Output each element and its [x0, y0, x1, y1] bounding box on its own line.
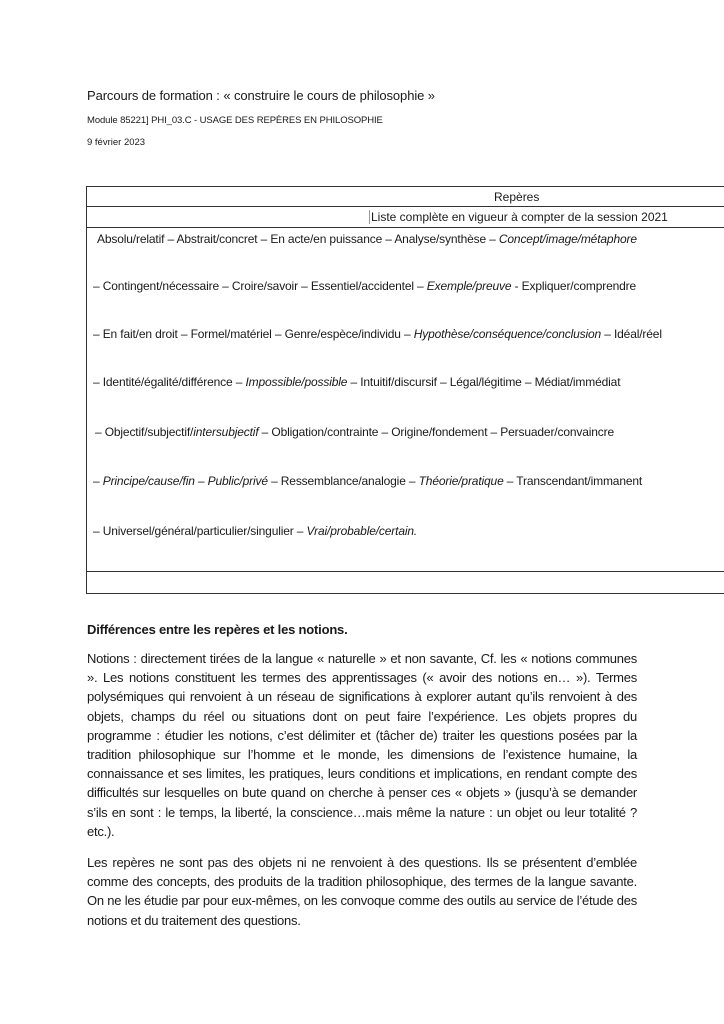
- reperes-line: – Universel/général/particulier/singulie…: [93, 524, 417, 538]
- reperes-term-italic: Principe/cause/fin: [103, 474, 195, 488]
- reperes-term-italic: Exemple/preuve: [427, 279, 512, 293]
- reperes-term: – Idéal/réel: [601, 327, 662, 341]
- reperes-line: – Objectif/subjectif/intersubjectif – Ob…: [95, 425, 614, 439]
- reperes-term: – Universel/général/particulier/singulie…: [93, 524, 307, 538]
- reperes-term-italic: Public/privé: [208, 474, 268, 488]
- reperes-term-italic: Hypothèse/conséquence/conclusion: [414, 327, 601, 341]
- reperes-term: – Identité/égalité/différence –: [93, 375, 245, 389]
- table-subtitle: Liste complète en vigueur à compter de l…: [369, 210, 668, 224]
- reperes-term-italic: Concept/image/métaphore: [499, 232, 637, 246]
- reperes-term: - Expliquer/comprendre: [511, 279, 636, 293]
- reperes-term: Absolu/relatif – Abstrait/concret – En a…: [97, 232, 499, 246]
- module-label: Module 85221] PHI_03.C - USAGE DES REPÈR…: [87, 115, 383, 126]
- reperes-table: Repères Liste complète en vigueur à comp…: [86, 186, 724, 594]
- course-title: Parcours de formation : « construire le …: [87, 88, 435, 103]
- table-subtitle-row: Liste complète en vigueur à compter de l…: [87, 207, 724, 228]
- reperes-term: – Transcendant/immanent: [504, 474, 642, 488]
- reperes-line: – Principe/cause/fin – Public/privé – Re…: [93, 474, 642, 488]
- table-body-row: Absolu/relatif – Abstrait/concret – En a…: [87, 228, 724, 572]
- document-date: 9 février 2023: [87, 137, 145, 148]
- reperes-term: – Obligation/contrainte – Origine/fondem…: [259, 425, 615, 439]
- reperes-term-italic: Théorie/pratique: [419, 474, 504, 488]
- reperes-term: –: [195, 474, 208, 488]
- document-page: Parcours de formation : « construire le …: [0, 0, 724, 1024]
- reperes-line: – En fait/en droit – Formel/matériel – G…: [93, 327, 662, 341]
- reperes-term: – Intuitif/discursif – Légal/légitime – …: [347, 375, 620, 389]
- reperes-term: – Contingent/nécessaire – Croire/savoir …: [93, 279, 427, 293]
- section-title: Différences entre les repères et les not…: [87, 622, 348, 637]
- reperes-term-italic: Impossible/possible: [245, 375, 347, 389]
- reperes-line: – Identité/égalité/différence – Impossib…: [93, 375, 620, 389]
- table-title: Repères: [494, 190, 539, 204]
- reperes-term: – Ressemblance/analogie –: [268, 474, 419, 488]
- paragraph-notions: Notions : directement tirées de la langu…: [87, 649, 637, 841]
- table-empty-row: [87, 572, 724, 593]
- reperes-term-italic: intersubjectif: [193, 425, 258, 439]
- reperes-line: Absolu/relatif – Abstrait/concret – En a…: [97, 232, 637, 246]
- reperes-term: – En fait/en droit – Formel/matériel – G…: [93, 327, 414, 341]
- table-title-row: Repères: [87, 187, 724, 207]
- reperes-line: – Contingent/nécessaire – Croire/savoir …: [93, 279, 636, 293]
- reperes-term-italic: Vrai/probable/certain.: [307, 524, 418, 538]
- reperes-term: – Objectif/subjectif/: [95, 425, 193, 439]
- reperes-term: –: [93, 474, 103, 488]
- paragraph-reperes: Les repères ne sont pas des objets ni ne…: [87, 853, 637, 930]
